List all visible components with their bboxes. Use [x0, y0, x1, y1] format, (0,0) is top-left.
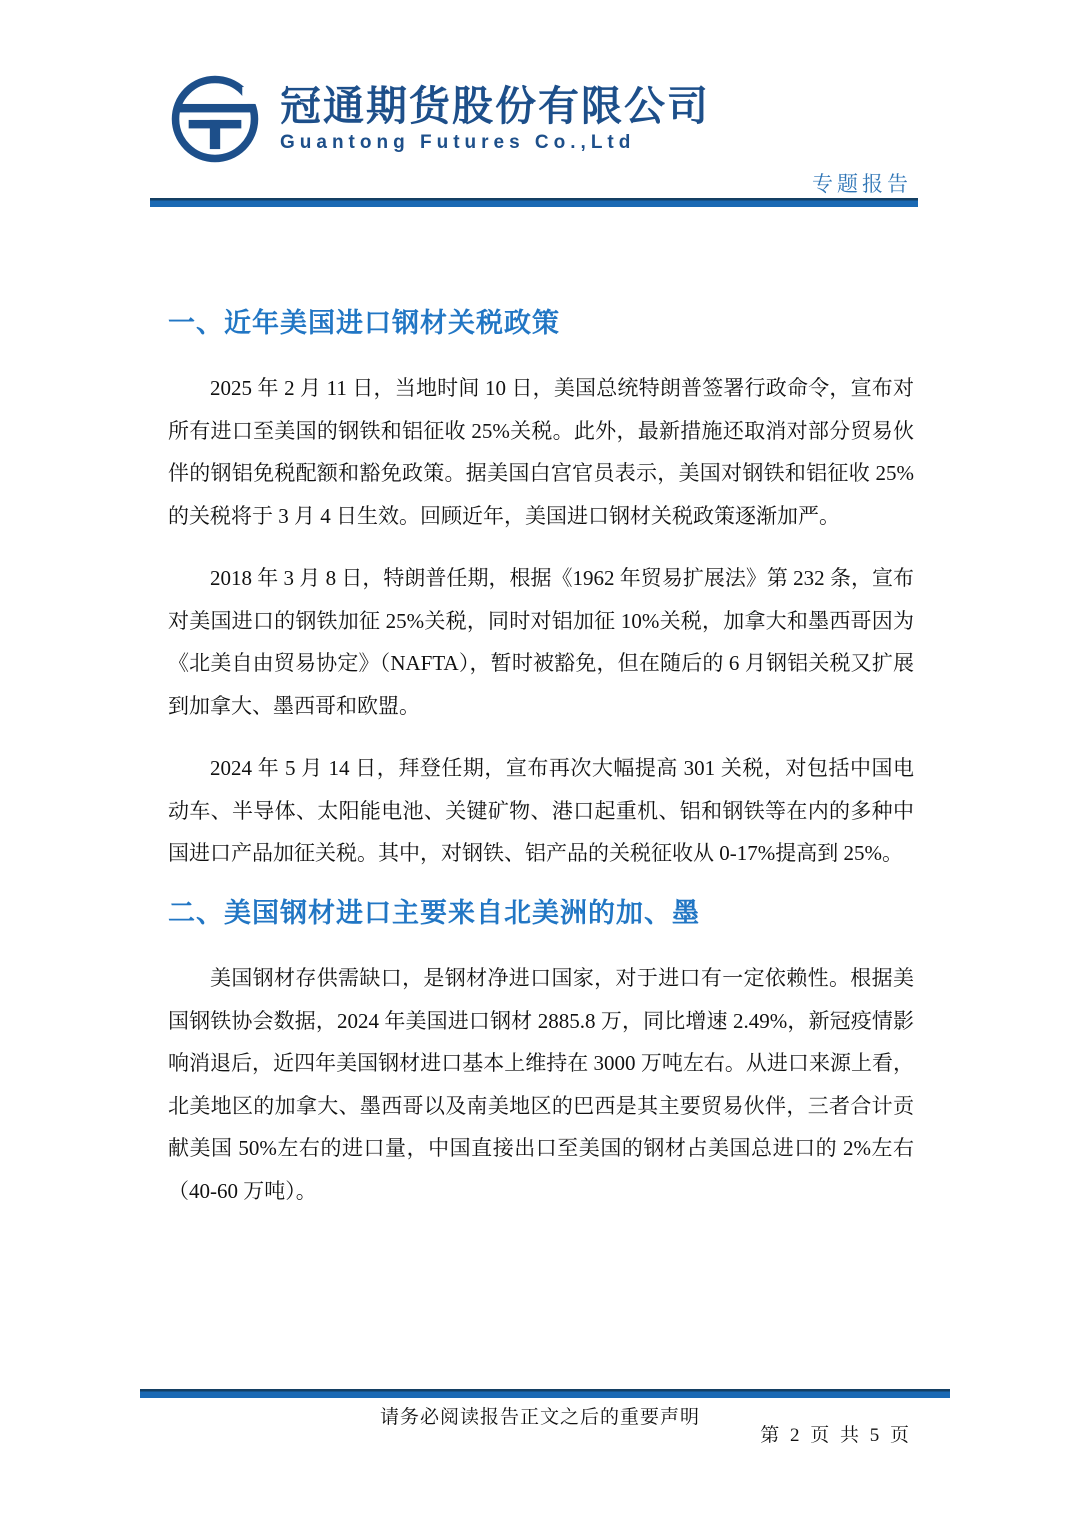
company-name-en: Guantong Futures Co.,Ltd	[280, 132, 710, 154]
section-1-paragraph-2: 2018 年 3 月 8 日，特朗普任期，根据《1962 年贸易扩展法》第 23…	[168, 557, 914, 727]
section-1-heading: 一、近年美国进口钢材关税政策	[168, 305, 914, 341]
company-logo: 冠通期货股份有限公司 Guantong Futures Co.,Ltd	[168, 72, 710, 166]
section-2-heading: 二、美国钢材进口主要来自北美洲的加、墨	[168, 895, 914, 931]
report-body: 一、近年美国进口钢材关税政策 2025 年 2 月 11 日，当地时间 10 日…	[168, 305, 914, 1232]
header-divider	[150, 198, 918, 207]
report-type-label: 专题报告	[812, 168, 912, 198]
section-1-paragraph-1: 2025 年 2 月 11 日，当地时间 10 日，美国总统特朗普签署行政命令，…	[168, 367, 914, 537]
guantong-logo-icon	[168, 72, 262, 166]
page-number: 第 2 页 共 5 页	[760, 1420, 912, 1447]
company-name-block: 冠通期货股份有限公司 Guantong Futures Co.,Ltd	[280, 84, 710, 153]
section-1-paragraph-3: 2024 年 5 月 14 日，拜登任期，宣布再次大幅提高 301 关税，对包括…	[168, 747, 914, 875]
section-2-paragraph-1: 美国钢材存供需缺口，是钢材净进口国家，对于进口有一定依赖性。根据美国钢铁协会数据…	[168, 957, 914, 1212]
footer-divider	[140, 1389, 950, 1398]
footer-disclaimer: 请务必阅读报告正文之后的重要声明	[0, 1402, 1080, 1429]
company-name-cn: 冠通期货股份有限公司	[280, 84, 710, 129]
report-page: 冠通期货股份有限公司 Guantong Futures Co.,Ltd 专题报告…	[0, 0, 1080, 1526]
